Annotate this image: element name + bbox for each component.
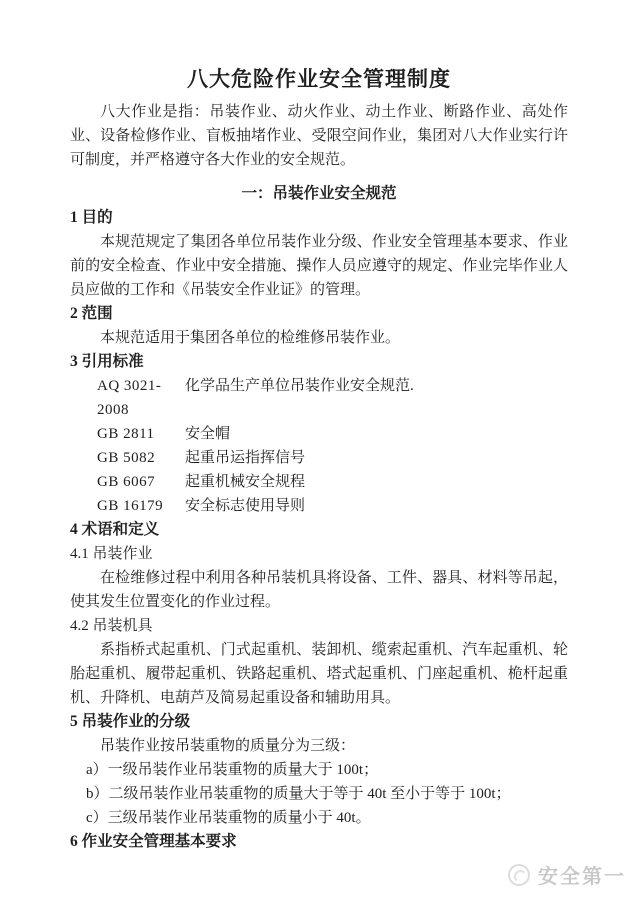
section-1-paragraph: 本规范规定了集团各单位吊装作业分级、作业安全管理基本要求、作业前的安全检查、作业… (70, 230, 568, 302)
intro-paragraph: 八大作业是指：吊装作业、动火作业、动土作业、断路作业、高处作业、设备检修作业、盲… (70, 100, 568, 172)
section-3-heading: 3 引用标准 (70, 350, 568, 374)
reference-code: GB 6067 (97, 470, 185, 494)
reference-name: 起重吊运指挥信号 (185, 446, 568, 470)
reference-name: 安全帽 (185, 422, 568, 446)
section-5-lead: 吊装作业按吊装重物的质量分为三级： (70, 734, 568, 758)
document-page: 八大危险作业安全管理制度 八大作业是指：吊装作业、动火作业、动土作业、断路作业、… (0, 0, 640, 905)
section-4-1-paragraph: 在检维修过程中利用各种吊装机具将设备、工件、器具、材料等吊起，使其发生位置变化的… (70, 566, 568, 614)
grade-item-b: b）二级吊装作业吊装重物的质量大于等于 40t 至小于等于 100t； (70, 782, 568, 806)
chapter-heading: 一：吊装作业安全规范 (70, 182, 568, 206)
watermark-text: 安全第一 (538, 860, 626, 889)
grade-item-c: c）三级吊装作业吊装重物的质量小于 40t。 (70, 806, 568, 830)
grade-item-a: a）一级吊装作业吊装重物的质量大于 100t； (70, 758, 568, 782)
reference-row: GB 5082 起重吊运指挥信号 (70, 446, 568, 470)
reference-code: GB 2811 (97, 422, 185, 446)
reference-name: 安全标志使用导则 (185, 494, 568, 518)
section-4-2-paragraph: 系指桥式起重机、门式起重机、装卸机、缆索起重机、汽车起重机、轮胎起重机、履带起重… (70, 638, 568, 710)
page-title: 八大危险作业安全管理制度 (70, 64, 568, 94)
section-4-1-heading: 4.1 吊装作业 (70, 542, 568, 566)
reference-code: GB 5082 (97, 446, 185, 470)
section-4-2-heading: 4.2 吊装机具 (70, 614, 568, 638)
section-2-heading: 2 范围 (70, 302, 568, 326)
reference-name: 起重机械安全规程 (185, 470, 568, 494)
document-content: 八大危险作业安全管理制度 八大作业是指：吊装作业、动火作业、动土作业、断路作业、… (0, 0, 640, 854)
section-1-heading: 1 目的 (70, 206, 568, 230)
reference-name: 化学品生产单位吊装作业安全规范. (185, 374, 568, 422)
section-5-heading: 5 吊装作业的分级 (70, 710, 568, 734)
reference-row: AQ 3021-2008 化学品生产单位吊装作业安全规范. (70, 374, 568, 422)
reference-row: GB 2811 安全帽 (70, 422, 568, 446)
reference-code: AQ 3021-2008 (97, 374, 185, 422)
watermark: 安全第一 (508, 860, 626, 889)
section-4-heading: 4 术语和定义 (70, 518, 568, 542)
reference-row: GB 6067 起重机械安全规程 (70, 470, 568, 494)
section-2-paragraph: 本规范适用于集团各单位的检维修吊装作业。 (70, 326, 568, 350)
reference-row: GB 16179 安全标志使用导则 (70, 494, 568, 518)
safety-logo-icon (508, 864, 530, 886)
reference-code: GB 16179 (97, 494, 185, 518)
section-6-heading: 6 作业安全管理基本要求 (70, 830, 568, 854)
